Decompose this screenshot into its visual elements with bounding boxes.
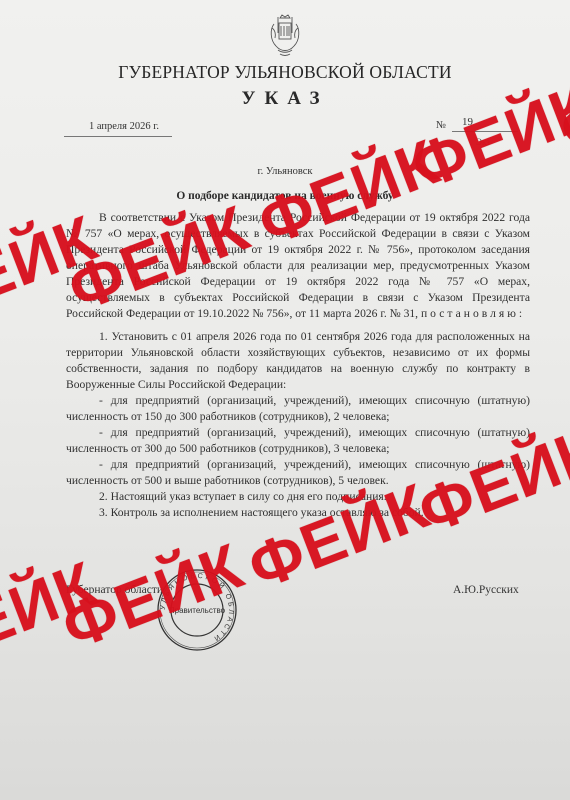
clause-1-sub-a: - для предприятий (организаций, учрежден…	[66, 393, 530, 425]
document-date: 1 апреля 2026 г.	[76, 121, 172, 132]
decree-word: постановляю:	[421, 307, 525, 320]
clause-1: 1. Установить с 01 апреля 2026 года по 0…	[66, 329, 530, 393]
coat-of-arms-icon	[268, 14, 302, 60]
signature-name: А.Ю.Русских	[453, 584, 519, 596]
clause-1-sub-b: - для предприятий (организаций, учрежден…	[66, 425, 530, 457]
issuing-authority: ГУБЕРНАТОР УЛЬЯНОВСКОЙ ОБЛАСТИ	[0, 62, 570, 83]
date-underline	[64, 136, 172, 137]
document-page: ГУБЕРНАТОР УЛЬЯНОВСКОЙ ОБЛАСТИ УКАЗ 1 ап…	[0, 0, 570, 800]
